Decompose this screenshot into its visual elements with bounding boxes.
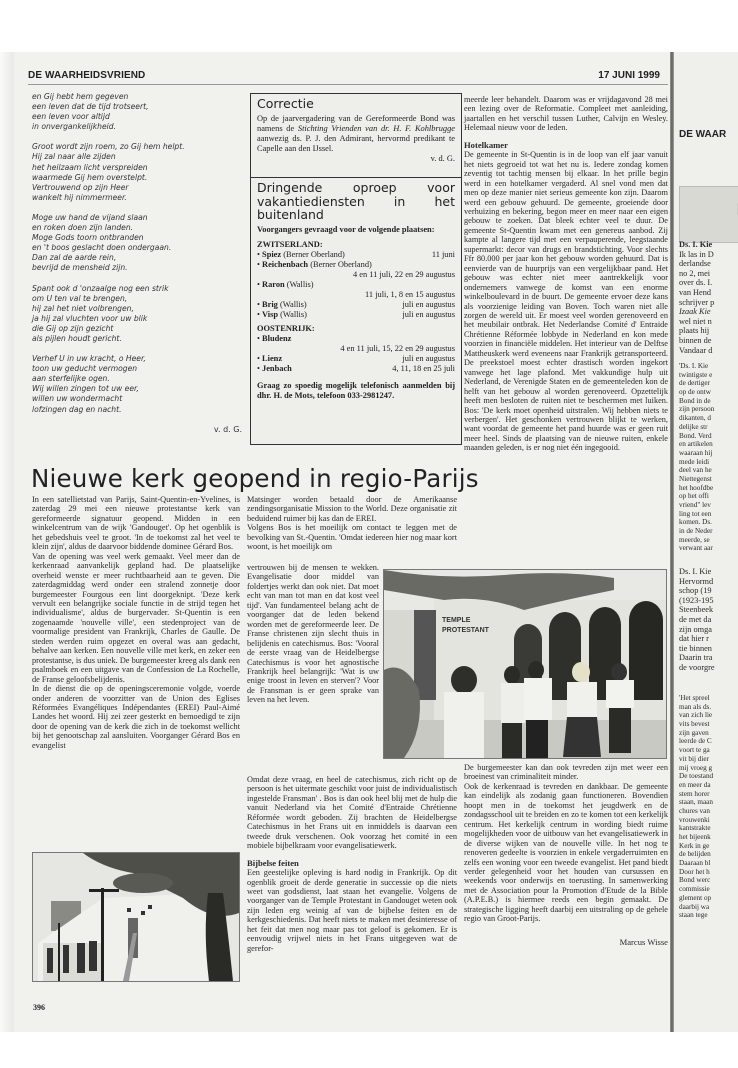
text-line: Vandaar d xyxy=(679,346,738,356)
poem: en Gij hebt hem gegeveneen leven dat de … xyxy=(32,92,242,435)
poem-line: ja hij zal vluchten voor uw blik xyxy=(32,314,242,324)
text-line: Door het h xyxy=(679,868,738,877)
svg-text:TEMPLE: TEMPLE xyxy=(442,617,471,624)
poem-line: Hij zal naar alle zijden xyxy=(32,152,242,162)
text-line: vits bevest xyxy=(679,720,738,729)
poem-line: wankelt hij nimmermeer. xyxy=(32,193,242,203)
text-line: 'Ds. I. Kie xyxy=(679,362,738,371)
text-line: verwant aar xyxy=(679,544,738,553)
oproep-title: Dringende oproep voor vakantiediensten i… xyxy=(257,181,455,222)
poem-line: lofzingen dag en nacht. xyxy=(32,405,242,415)
text-line: de belijden xyxy=(679,850,738,859)
text-line: komen. Ds. xyxy=(679,518,738,527)
text-line: de dertiger xyxy=(679,379,738,388)
paragraph: Matsinger worden betaald door de Amerika… xyxy=(247,495,457,523)
text-line: Bond werc xyxy=(679,876,738,885)
text-line: plaats hij xyxy=(679,326,738,336)
poem-line: Vertrouwend op zijn Heer xyxy=(32,183,242,193)
building-exterior-photo xyxy=(32,852,240,982)
poem-line: waarmede Gij hem overstelpt. xyxy=(32,173,242,183)
text-line: De toestand xyxy=(679,772,738,781)
text-line: stem horer xyxy=(679,790,738,799)
text-line: zijn omga xyxy=(679,625,738,635)
next-page-text-block-4: 'Het spreelman als ds.van zich lievits b… xyxy=(679,694,738,920)
poem-line: een leven voor altijd xyxy=(32,112,242,122)
poem-line: willen uw wondermacht xyxy=(32,394,242,404)
correctie-signature: v. d. G. xyxy=(257,154,455,164)
text-line: glement op xyxy=(679,894,738,903)
text-line: van Hend xyxy=(679,288,738,298)
page-header: DE WAARHEIDSVRIEND 17 JUNI 1999 xyxy=(28,70,668,85)
author-byline: Marcus Wisse xyxy=(464,938,668,947)
text-line: waaraan hij xyxy=(679,449,738,458)
paragraph: De burgemeester kan dan ook tevreden zij… xyxy=(464,763,668,782)
page-number: 396 xyxy=(33,1003,45,1012)
text-line: Izaak Kie xyxy=(679,307,738,317)
paragraph: vertrouwen bij de mensen te wekken. Evan… xyxy=(247,563,379,705)
paragraph: Volgens Bos is het moeilijk om contact t… xyxy=(247,523,457,551)
text-line: zijn persoon xyxy=(679,405,738,414)
text-line: Hervormd xyxy=(679,577,738,587)
text-line: staan tege xyxy=(679,911,738,920)
text-line: commissie xyxy=(679,885,738,894)
article-column-2-bottom: Omdat deze vraag, en heel de catechismus… xyxy=(247,775,457,953)
text-line: van zich lie xyxy=(679,711,738,720)
poem-line: en Gij hebt hem gegeven xyxy=(32,92,242,102)
text-line: Steenbeek xyxy=(679,605,738,615)
place-dates: 11 juli, 1, 8 en 15 augustus xyxy=(257,290,455,300)
publication-name: DE WAARHEIDSVRIEND xyxy=(28,70,145,81)
poem-line: en 't boos geslacht doen ondergaan. xyxy=(32,243,242,253)
text-line: en meer da xyxy=(679,781,738,790)
article-column-2-narrow: vertrouwen bij de mensen te wekken. Evan… xyxy=(247,563,379,705)
text-line: Ds. I. Kie xyxy=(679,240,738,250)
text-line: wel niet n xyxy=(679,317,738,327)
poem-stanza: Verhef U in uw kracht, o Heer,toon uw ge… xyxy=(32,354,242,415)
text-line: in de Neder xyxy=(679,527,738,536)
text-line: schop (19 xyxy=(679,586,738,596)
article-column-3-bottom: De burgemeester kan dan ook tevreden zij… xyxy=(464,763,668,947)
correctie-box: Correctie Op de jaarvergadering van de G… xyxy=(250,93,462,179)
church-entrance-photo: TEMPLE PROTESTANT xyxy=(383,569,667,759)
paragraph: Ook de kerkenraad is tevreden en dankbaa… xyxy=(464,782,668,924)
place-row: • Jenbach 4, 11, 18 en 25 juli xyxy=(257,364,455,374)
poem-line: die Gij op zijn gezicht xyxy=(32,324,242,334)
correctie-title: Correctie xyxy=(257,97,455,111)
poem-stanza: en Gij hebt hem gegeveneen leven dat de … xyxy=(32,92,242,132)
text-line: dat hier r xyxy=(679,634,738,644)
poem-line: in onvergankelijkheid. xyxy=(32,122,242,132)
article-column-3-top: meerde leer behandelt. Daarom was er vri… xyxy=(464,95,668,453)
text-line: Daaraan bl xyxy=(679,859,738,868)
poem-stanza: Spant ook d 'onzaalge nog een strikom U … xyxy=(32,284,242,345)
text-line: mij vroeg g xyxy=(679,764,738,773)
text-line: Bond in de xyxy=(679,397,738,406)
country-heading: OOSTENRIJK: xyxy=(257,324,455,334)
next-page-text-block-2: 'Ds. I. Kietwintigste ede dertigerop de … xyxy=(679,362,738,553)
place-row: • Lienz juli en augustus xyxy=(257,354,455,364)
poem-line: hij zal het niet volbrengen, xyxy=(32,304,242,314)
next-page-header: DE WAAR xyxy=(679,129,726,140)
text-line: vrouwenki xyxy=(679,816,738,825)
next-page-text-block-1: Ds. I. KieIk las in Dderlandseno 2, meio… xyxy=(679,240,738,355)
page-edge xyxy=(0,52,14,1032)
text-line: daarbij wa xyxy=(679,903,738,912)
text-line: zijn gaven xyxy=(679,729,738,738)
text-line: Ds. I. Kie xyxy=(679,567,738,577)
text-line: derlandse xyxy=(679,259,738,269)
svg-text:PROTESTANT: PROTESTANT xyxy=(442,627,490,634)
poem-line: en roken doen zijn landen. xyxy=(32,223,242,233)
correctie-text: Op de jaarvergadering van de Gereformeer… xyxy=(257,114,455,154)
poem-line: Verhef U in uw kracht, o Heer, xyxy=(32,354,242,364)
text-line: Niettegenst xyxy=(679,475,738,484)
paragraph: In een satellietstad van Parijs, Saint-Q… xyxy=(32,495,240,552)
text-line: tie binnen xyxy=(679,644,738,654)
text-line: voort te ga xyxy=(679,746,738,755)
poem-line: Moge uw hand de vijand slaan xyxy=(32,213,242,223)
paragraph: De gemeente in St-Quentin is in de loop … xyxy=(464,150,668,453)
issue-date: 17 JUNI 1999 xyxy=(598,70,660,81)
oproep-box: Dringende oproep voor vakantiediensten i… xyxy=(250,177,462,445)
text-line: chures van xyxy=(679,807,738,816)
text-line: binnen de xyxy=(679,336,738,346)
text-line: dikanten, d xyxy=(679,414,738,423)
country-heading: ZWITSERLAND: xyxy=(257,240,455,250)
text-line: Kerk in ge xyxy=(679,842,738,851)
poem-line: een leven dat de tijd trotseert, xyxy=(32,102,242,112)
text-line: 'Het spreel xyxy=(679,694,738,703)
subhead-hotelkamer: Hotelkamer xyxy=(464,141,668,150)
article-headline: Nieuwe kerk geopend in regio-Parijs xyxy=(31,464,479,493)
text-line: twintigste e xyxy=(679,371,738,380)
place-dates: 4 en 11 juli, 15, 22 en 29 augustus xyxy=(257,344,455,354)
next-page-text-block-3: Ds. I. KieHervormdschop (19(1923-195Stee… xyxy=(679,567,738,673)
text-line: deel van he xyxy=(679,466,738,475)
text-line: no 2, mei xyxy=(679,269,738,279)
place-row: • Visp (Wallis)juli en augustus xyxy=(257,310,455,320)
text-line: leerde de C xyxy=(679,737,738,746)
paragraph: meerde leer behandelt. Daarom was er vri… xyxy=(464,95,668,133)
place-row: • Raron (Wallis) xyxy=(257,280,455,290)
text-line: het hoofdbe xyxy=(679,484,738,493)
poem-line: Groot wordt zijn roem, zo Gij hem helpt. xyxy=(32,142,242,152)
place-row: • Spiez (Berner Oberland)11 juni xyxy=(257,250,455,260)
next-page-title-box: U xyxy=(679,186,738,243)
text-line: (1923-195 xyxy=(679,596,738,606)
subhead-bijbelse-feiten: Bijbelse feiten xyxy=(247,859,457,868)
text-line: de voorgre xyxy=(679,663,738,673)
poem-stanza: Moge uw hand de vijand slaanen roken doe… xyxy=(32,213,242,274)
text-line: Bond. Verd xyxy=(679,432,738,441)
text-line: de met da xyxy=(679,615,738,625)
poem-line: aan sterfelijke ogen. xyxy=(32,374,242,384)
poem-line: het heilzaam licht verspreiden xyxy=(32,163,242,173)
oproep-lead: Voorgangers gevraagd voor de volgende pl… xyxy=(257,225,455,235)
text-line: staan, maan xyxy=(679,798,738,807)
paragraph: Van de opening was veel werk gemaakt. Ve… xyxy=(32,552,240,684)
text-line: op het offi xyxy=(679,492,738,501)
text-line: mede leidi xyxy=(679,458,738,467)
text-line: man als ds. xyxy=(679,703,738,712)
poem-line: Wij willen zingen tot uw eer, xyxy=(32,384,242,394)
poem-stanza: Groot wordt zijn roem, zo Gij hem helpt.… xyxy=(32,142,242,203)
poem-line: als pijlen houdt gericht. xyxy=(32,334,242,344)
article-column-2-top: Matsinger worden betaald door de Amerika… xyxy=(247,495,457,552)
poem-signature: v. d. G. xyxy=(32,425,242,435)
text-line: vriend" lev xyxy=(679,501,738,510)
text-line: schrijver p xyxy=(679,298,738,308)
text-line: vit bij dier xyxy=(679,755,738,764)
text-line: Daarin tra xyxy=(679,653,738,663)
text-line: het bijeenk xyxy=(679,833,738,842)
place-row: • Brig (Wallis)juli en augustus xyxy=(257,300,455,310)
text-line: op de ontw xyxy=(679,388,738,397)
next-page-partial: DE WAAR U Ds. I. KieIk las in Dderlandse… xyxy=(674,52,738,1032)
text-line: kantstrakte xyxy=(679,824,738,833)
poem-line: Dan zal de aarde rein, xyxy=(32,253,242,263)
paragraph: Omdat deze vraag, en heel de catechismus… xyxy=(247,775,457,851)
text-line: Ik las in D xyxy=(679,250,738,260)
poem-line: toon uw geducht vermogen xyxy=(32,364,242,374)
place-row: • Bludenz xyxy=(257,334,455,344)
text-line: meerde, se xyxy=(679,536,738,545)
paragraph: In de dienst die op de openingsceremonie… xyxy=(32,684,240,750)
text-line: en artikelen xyxy=(679,440,738,449)
poem-line: om U ten val te brengen, xyxy=(32,294,242,304)
poem-line: bevrijd de mensheid zijn. xyxy=(32,263,242,273)
text-line: ling tot een xyxy=(679,510,738,519)
place-dates: 4 en 11 juli, 22 en 29 augustus xyxy=(257,270,455,280)
text-line: delijke str xyxy=(679,423,738,432)
place-row: • Reichenbach (Berner Oberland) xyxy=(257,260,455,270)
country-list: ZWITSERLAND:• Spiez (Berner Oberland)11 … xyxy=(257,240,455,374)
poem-line: Spant ook d 'onzaalge nog een strik xyxy=(32,284,242,294)
paragraph: Een geestelijke opleving is hard nodig i… xyxy=(247,868,457,953)
oproep-call: Graag zo spoedig mogelijk telefonisch aa… xyxy=(257,381,455,401)
article-column-1: In een satellietstad van Parijs, Saint-Q… xyxy=(32,495,240,750)
text-line: over ds. I. xyxy=(679,278,738,288)
poem-line: Moge Gods toorn ontbranden xyxy=(32,233,242,243)
